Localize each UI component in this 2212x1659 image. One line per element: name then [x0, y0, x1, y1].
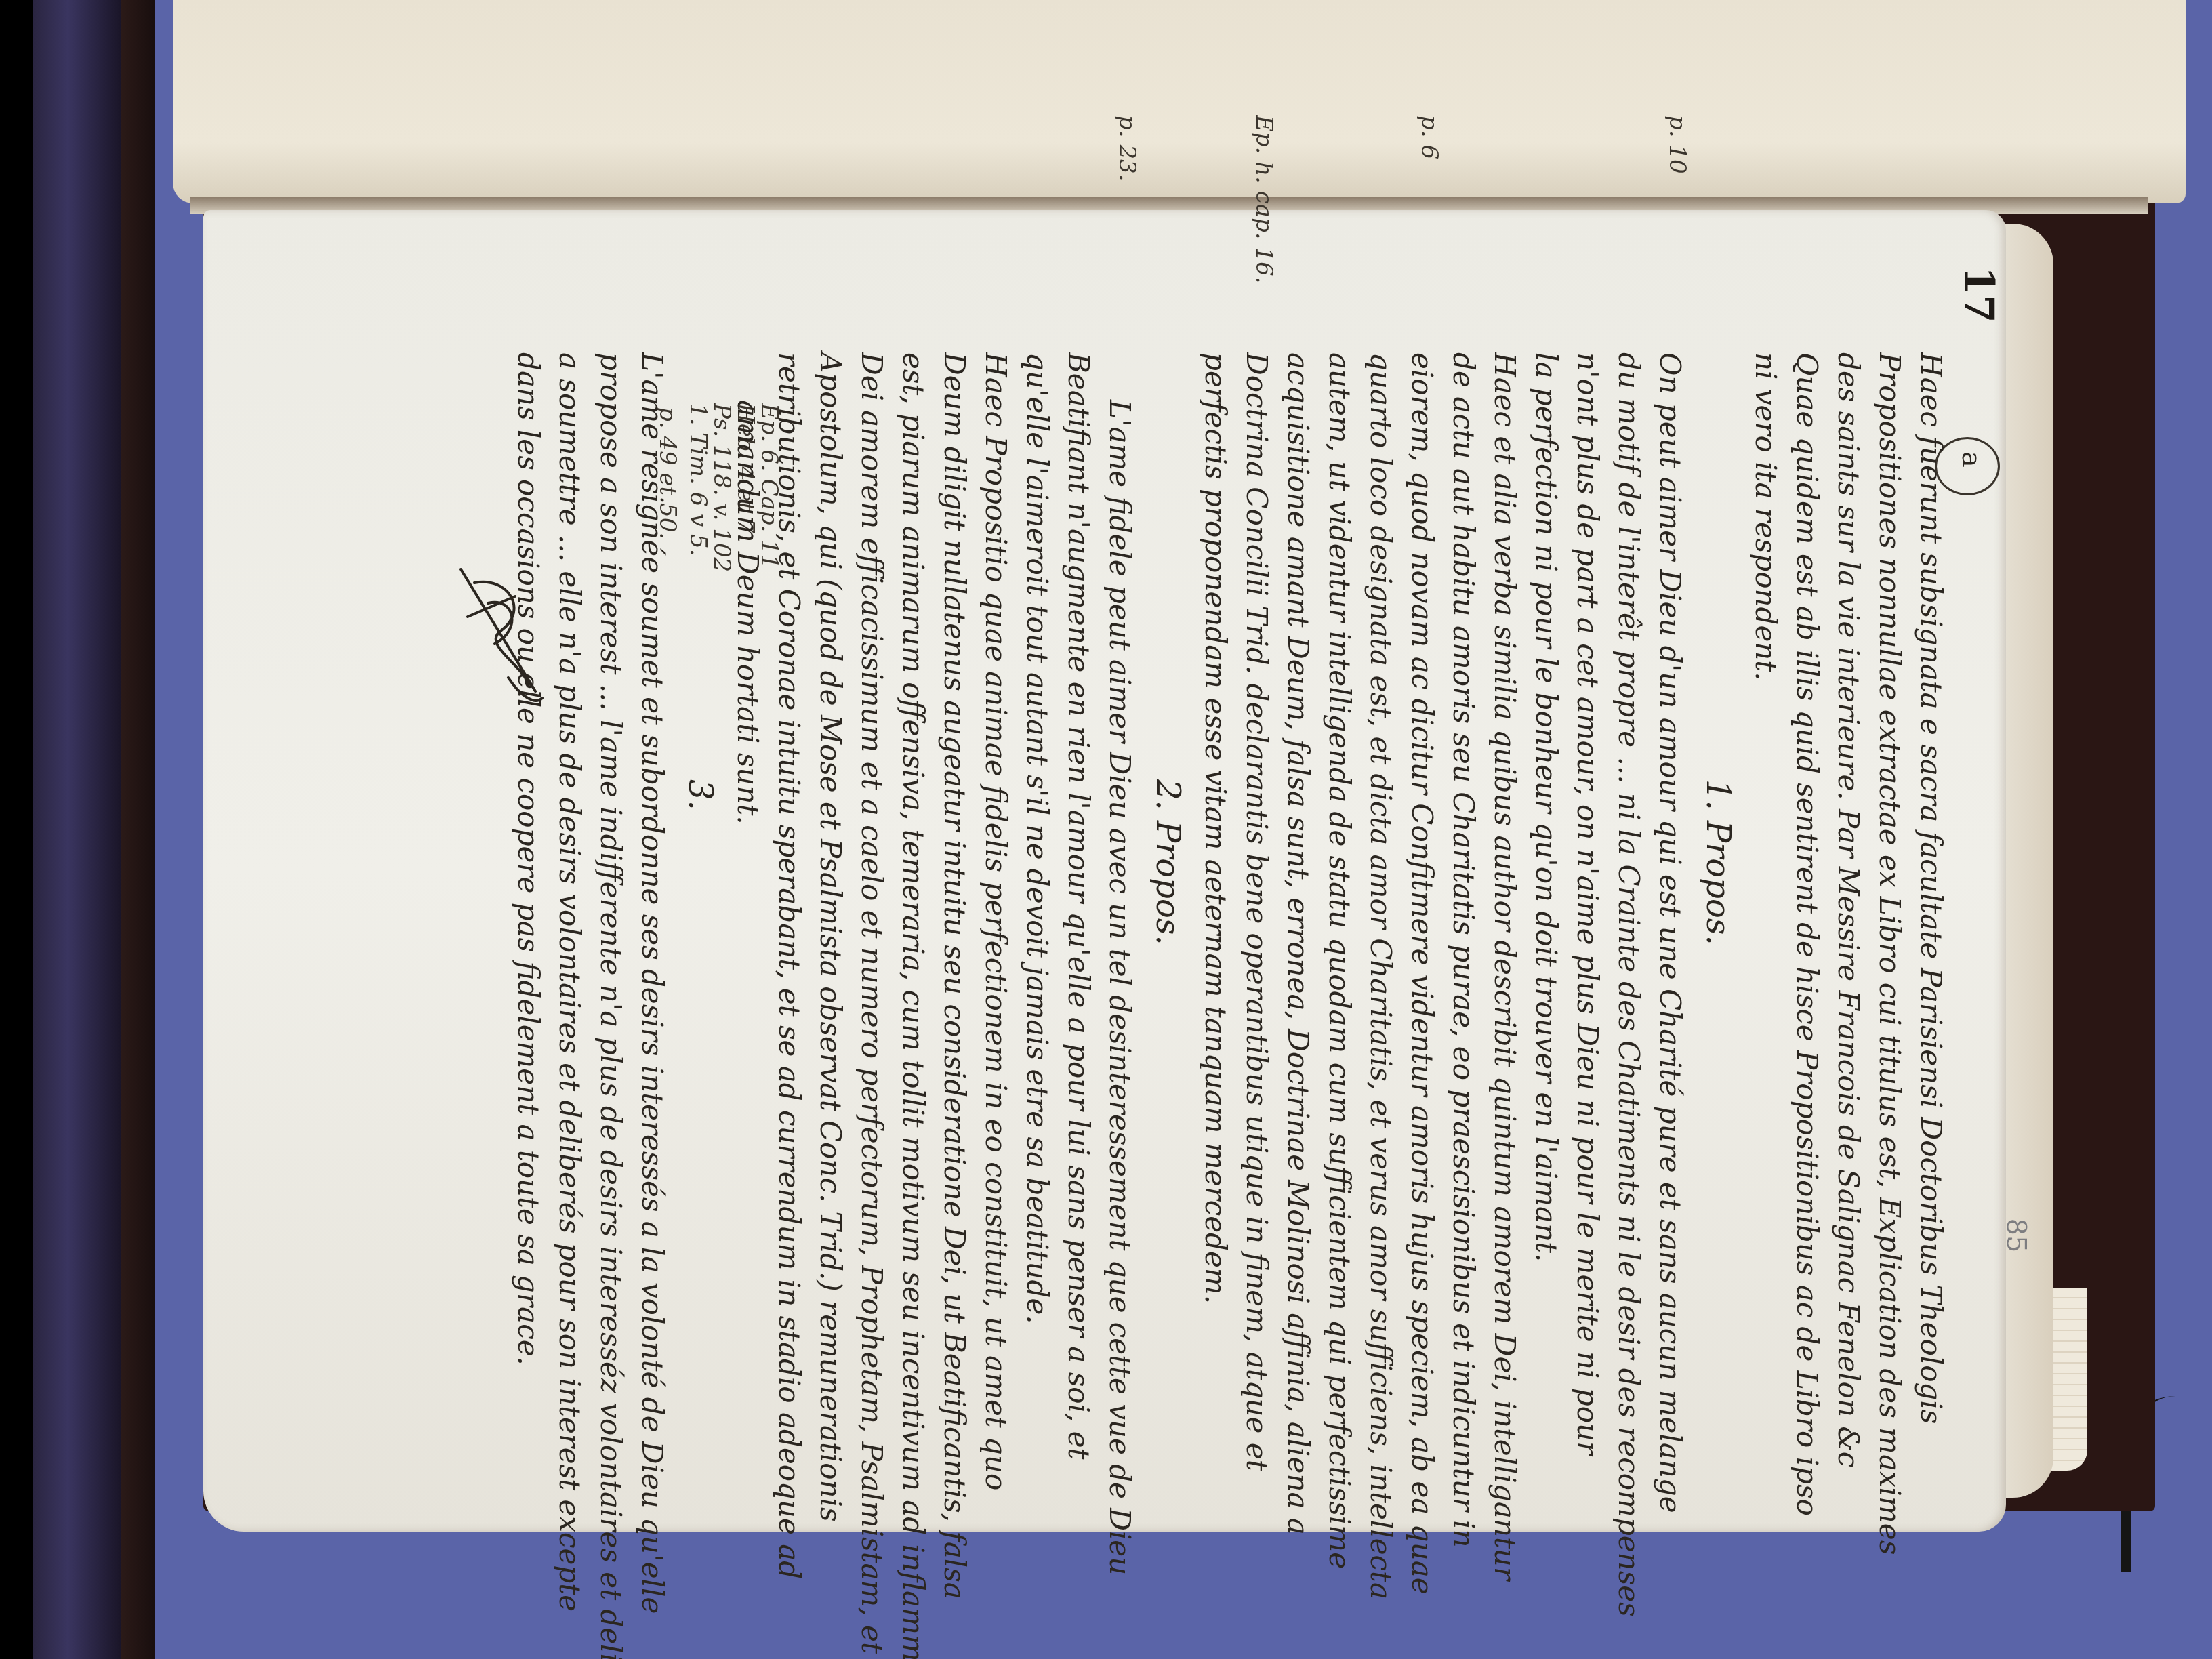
text-line: Dei amorem efficacissimum et a caelo et …: [851, 224, 893, 1484]
text-row: p. 10 On peut aimer Dieu d'un amour qui …: [1650, 224, 1691, 1484]
text-line: de actu aut habitu amoris seu Charitatis…: [1443, 224, 1484, 1484]
text-row: p. 6 eiorem, quod novam ac dicitur Confi…: [1401, 224, 1443, 1484]
text-line: L'ame fidele peut aimer Dieu avec un tel…: [1099, 224, 1141, 1484]
text-line: L'ame resignée soumet et subordonne ses …: [632, 224, 673, 1484]
text-line: autem, ut videntur intelligenda de statu…: [1319, 224, 1360, 1484]
text-row: p. 23. L'ame fidele peut aimer Dieu avec…: [1099, 224, 1141, 1484]
signature-icon: [447, 556, 549, 712]
text-line: perfectis proponendam esse vitam aeterna…: [1195, 224, 1236, 1484]
margin-note-p23: p. 23.: [1113, 115, 1141, 181]
text-line: Haec Propositio quae animae fidelis perf…: [975, 224, 1017, 1484]
text-line: est, piarum animarum offensiva, temerari…: [893, 224, 934, 1484]
manuscript-text: Haec fuerunt subsignata e sacra facultat…: [691, 224, 1952, 1484]
text-line: quarto loco designata est, et dicta amor…: [1360, 224, 1401, 1484]
photo-border-left: [0, 0, 33, 1659]
text-line: n'ont plus de part a cet amour, on n'aim…: [1567, 224, 1608, 1484]
text-line: Beatifiant n'augmente en rien l'amour qu…: [1058, 224, 1099, 1484]
section-heading-2: 2. Propos.: [1141, 224, 1195, 1484]
text-line: du motif de l'interêt propre ... ni la C…: [1608, 224, 1650, 1484]
facing-page: [173, 0, 2186, 203]
text-line: qu'elle l'aimeroit tout autant s'il ne d…: [1017, 224, 1058, 1484]
intro-line: Haec fuerunt subsignata e sacra facultat…: [1910, 224, 1952, 1484]
text-line: amandum Deum hortati sunt.: [727, 224, 769, 1484]
margin-note-epp: Ep. h. cap. 16.: [1250, 115, 1277, 283]
intro-line: ni vero ita respondent.: [1745, 224, 1786, 1484]
text-line: la perfection ni pour le bonheur qu'on d…: [1525, 224, 1567, 1484]
text-line: a soumettre ... elle n'a plus de desirs …: [549, 224, 590, 1484]
text-line: Deum diligit nullatenus augeatur intuitu…: [934, 224, 975, 1484]
text-line: eiorem, quod novam ac dicitur Confitmere…: [1401, 224, 1443, 1484]
text-line: propose a son interest ... l'ame indiffe…: [590, 224, 632, 1484]
text-line: acquisitione amant Deum, falsa sunt, err…: [1277, 224, 1319, 1484]
margin-note-p6: p. 6: [1416, 115, 1443, 159]
text-line: Apostolum, qui (quod de Mose et Psalmist…: [810, 224, 851, 1484]
text-line: Doctrina Concilii Trid. declarantis bene…: [1236, 224, 1277, 1484]
folio-number: 17: [1955, 266, 2003, 323]
intro-line: des saints sur la vie interieure. Par Me…: [1828, 224, 1869, 1484]
cloth-background: [33, 0, 121, 1659]
text-line: On peut aimer Dieu d'un amour qui est un…: [1650, 224, 1691, 1484]
text-line: dans les occasions ou elle ne coopere pa…: [508, 224, 549, 1484]
margin-note-p10: p. 10: [1664, 115, 1691, 174]
section-heading-3: 3.: [673, 224, 727, 1484]
intro-line: Quae quidem est ab illis quid sentirent …: [1786, 224, 1828, 1484]
signature-flourish: [447, 556, 549, 712]
section-heading-1: 1. Propos.: [1691, 224, 1745, 1484]
text-line: Haec et alia verba similia quibus author…: [1484, 224, 1525, 1484]
text-row: Ep. h. cap. 16. Doctrina Concilii Trid. …: [1236, 224, 1277, 1484]
intro-line: Propositiones nonnullae extractae ex Lib…: [1869, 224, 1910, 1484]
text-line: retributionis, et Coronae intuitu sperab…: [769, 224, 810, 1484]
pencil-number: 85: [2001, 1218, 2032, 1253]
left-strip: [33, 0, 155, 1659]
